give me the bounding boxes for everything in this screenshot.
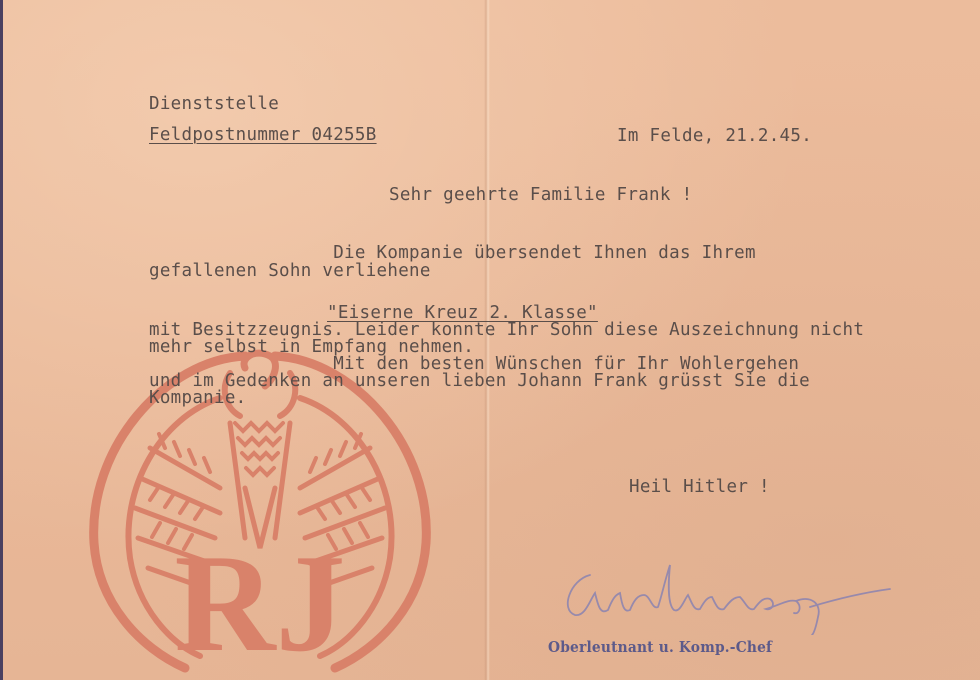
monogram-rj: RJ (174, 526, 345, 678)
letter-page: RJ Dienststelle Feldpostnummer 04255B Im… (0, 0, 980, 680)
body-line-1: Die Kompanie übersendet Ihnen das Ihrem (149, 245, 756, 262)
paper-fold-line (484, 0, 490, 680)
field-post-number: Feldpostnummer 04255B (149, 127, 377, 144)
place-date: Im Felde, 21.2.45. (617, 128, 812, 145)
page-edge (0, 0, 3, 680)
office-label: Dienststelle (149, 96, 279, 113)
closing: Heil Hitler ! (629, 479, 770, 496)
rank-stamp: Oberleutnant u. Komp.-Chef (548, 638, 772, 656)
body-line-2: gefallenen Sohn verliehene (149, 263, 431, 280)
handwritten-signature-icon (560, 555, 900, 635)
body-line-6: und im Gedenken an unseren lieben Johann… (149, 373, 810, 390)
salutation: Sehr geehrte Familie Frank ! (389, 187, 692, 204)
body-line-7: Kompanie. (149, 390, 247, 407)
